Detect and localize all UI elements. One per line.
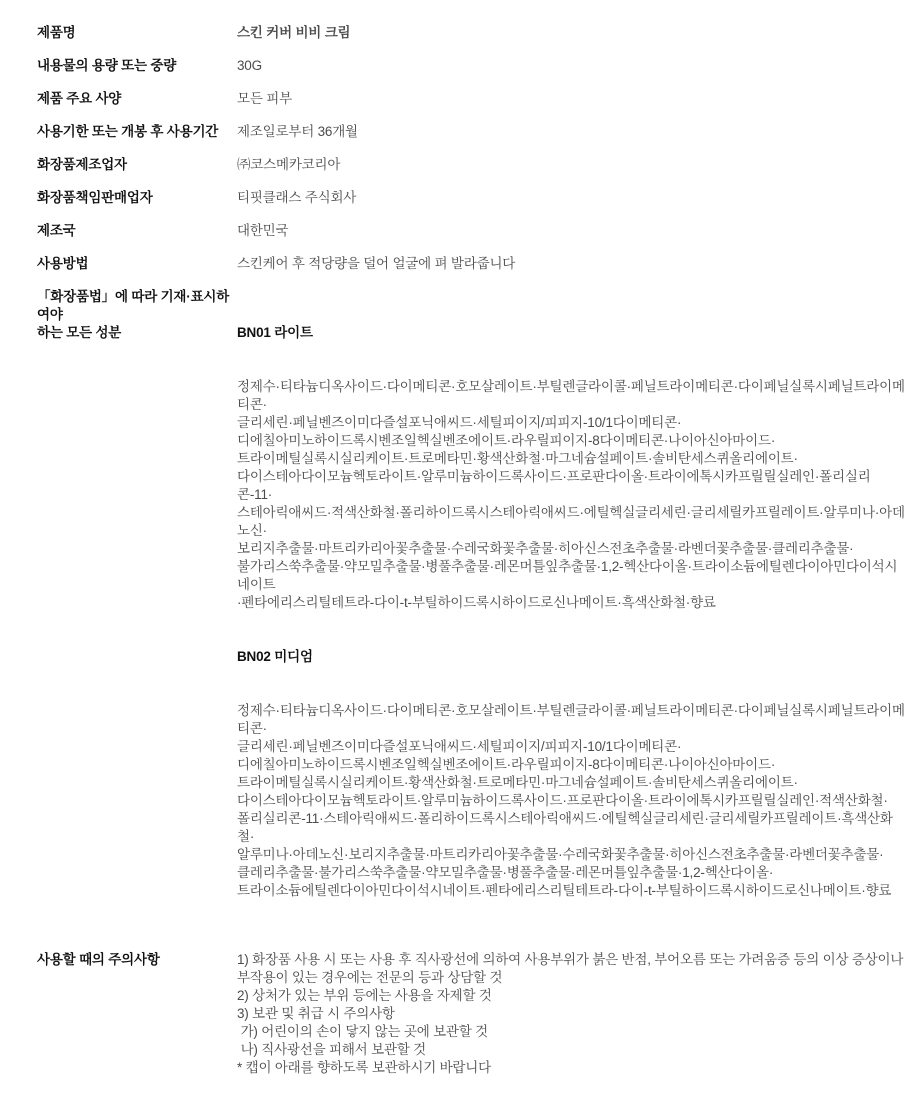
row-manufacturer: 화장품제조업자 ㈜코스메카코리아	[37, 156, 905, 174]
row-usage: 사용방법 스킨케어 후 적당량을 덜어 얼굴에 펴 발라줍니다	[37, 255, 905, 273]
row-product-name: 제품명 스킨 커버 비비 크림	[37, 24, 905, 42]
row-value: ㈜코스메카코리아	[237, 156, 905, 174]
row-ingredients: 「화장품법」에 따라 기재·표시하여야 하는 모든 성분 BN01 라이트 정제…	[37, 288, 905, 936]
row-cautions: 사용할 때의 주의사항 1) 화장품 사용 시 또는 사용 후 직사광선에 의하…	[37, 951, 905, 1077]
row-value: 제조일로부터 36개월	[237, 123, 905, 141]
row-label: 화장품제조업자	[37, 156, 237, 174]
row-product-spec: 제품 주요 사양 모든 피부	[37, 90, 905, 108]
row-label: 사용방법	[37, 255, 237, 273]
row-value: BN01 라이트 정제수·티타늄디옥사이드·다이메티콘·호모살레이트·부틸렌글라…	[237, 288, 905, 936]
ingredients-variant-bn02-title: BN02 미디엄	[237, 648, 905, 666]
row-label: 사용기한 또는 개봉 후 사용기간	[37, 123, 237, 141]
row-value: 스킨케어 후 적당량을 덜어 얼굴에 펴 발라줍니다	[237, 255, 905, 273]
row-value: 1) 화장품 사용 시 또는 사용 후 직사광선에 의하여 사용부위가 붉은 반…	[237, 951, 905, 1077]
row-value: 대한민국	[237, 222, 905, 240]
row-label: 화장품책임판매업자	[37, 189, 237, 207]
row-label: 제조국	[37, 222, 237, 240]
product-info-table: 제품명 스킨 커버 비비 크림 내용물의 용량 또는 중량 30G 제품 주요 …	[0, 0, 914, 1102]
row-value: 티핏클래스 주식회사	[237, 189, 905, 207]
row-value: 스킨 커버 비비 크림	[237, 24, 905, 42]
row-value: 모든 피부	[237, 90, 905, 108]
row-label: 「화장품법」에 따라 기재·표시하여야 하는 모든 성분	[37, 288, 237, 342]
row-value: 30G	[237, 57, 905, 75]
row-expiry: 사용기한 또는 개봉 후 사용기간 제조일로부터 36개월	[37, 123, 905, 141]
ingredients-variant-bn01-title: BN01 라이트	[237, 324, 905, 342]
row-label: 제품 주요 사양	[37, 90, 237, 108]
row-label: 제품명	[37, 24, 237, 42]
row-label: 내용물의 용량 또는 중량	[37, 57, 237, 75]
row-net-content: 내용물의 용량 또는 중량 30G	[37, 57, 905, 75]
ingredients-variant-bn01-text: 정제수·티타늄디옥사이드·다이메티콘·호모살레이트·부틸렌글라이콜·페닐트라이메…	[237, 378, 905, 612]
row-distributor: 화장품책임판매업자 티핏클래스 주식회사	[37, 189, 905, 207]
row-label: 사용할 때의 주의사항	[37, 951, 237, 969]
ingredients-variant-bn02-text: 정제수·티타늄디옥사이드·다이메티콘·호모살레이트·부틸렌글라이콜·페닐트라이메…	[237, 702, 905, 900]
row-country-of-origin: 제조국 대한민국	[37, 222, 905, 240]
